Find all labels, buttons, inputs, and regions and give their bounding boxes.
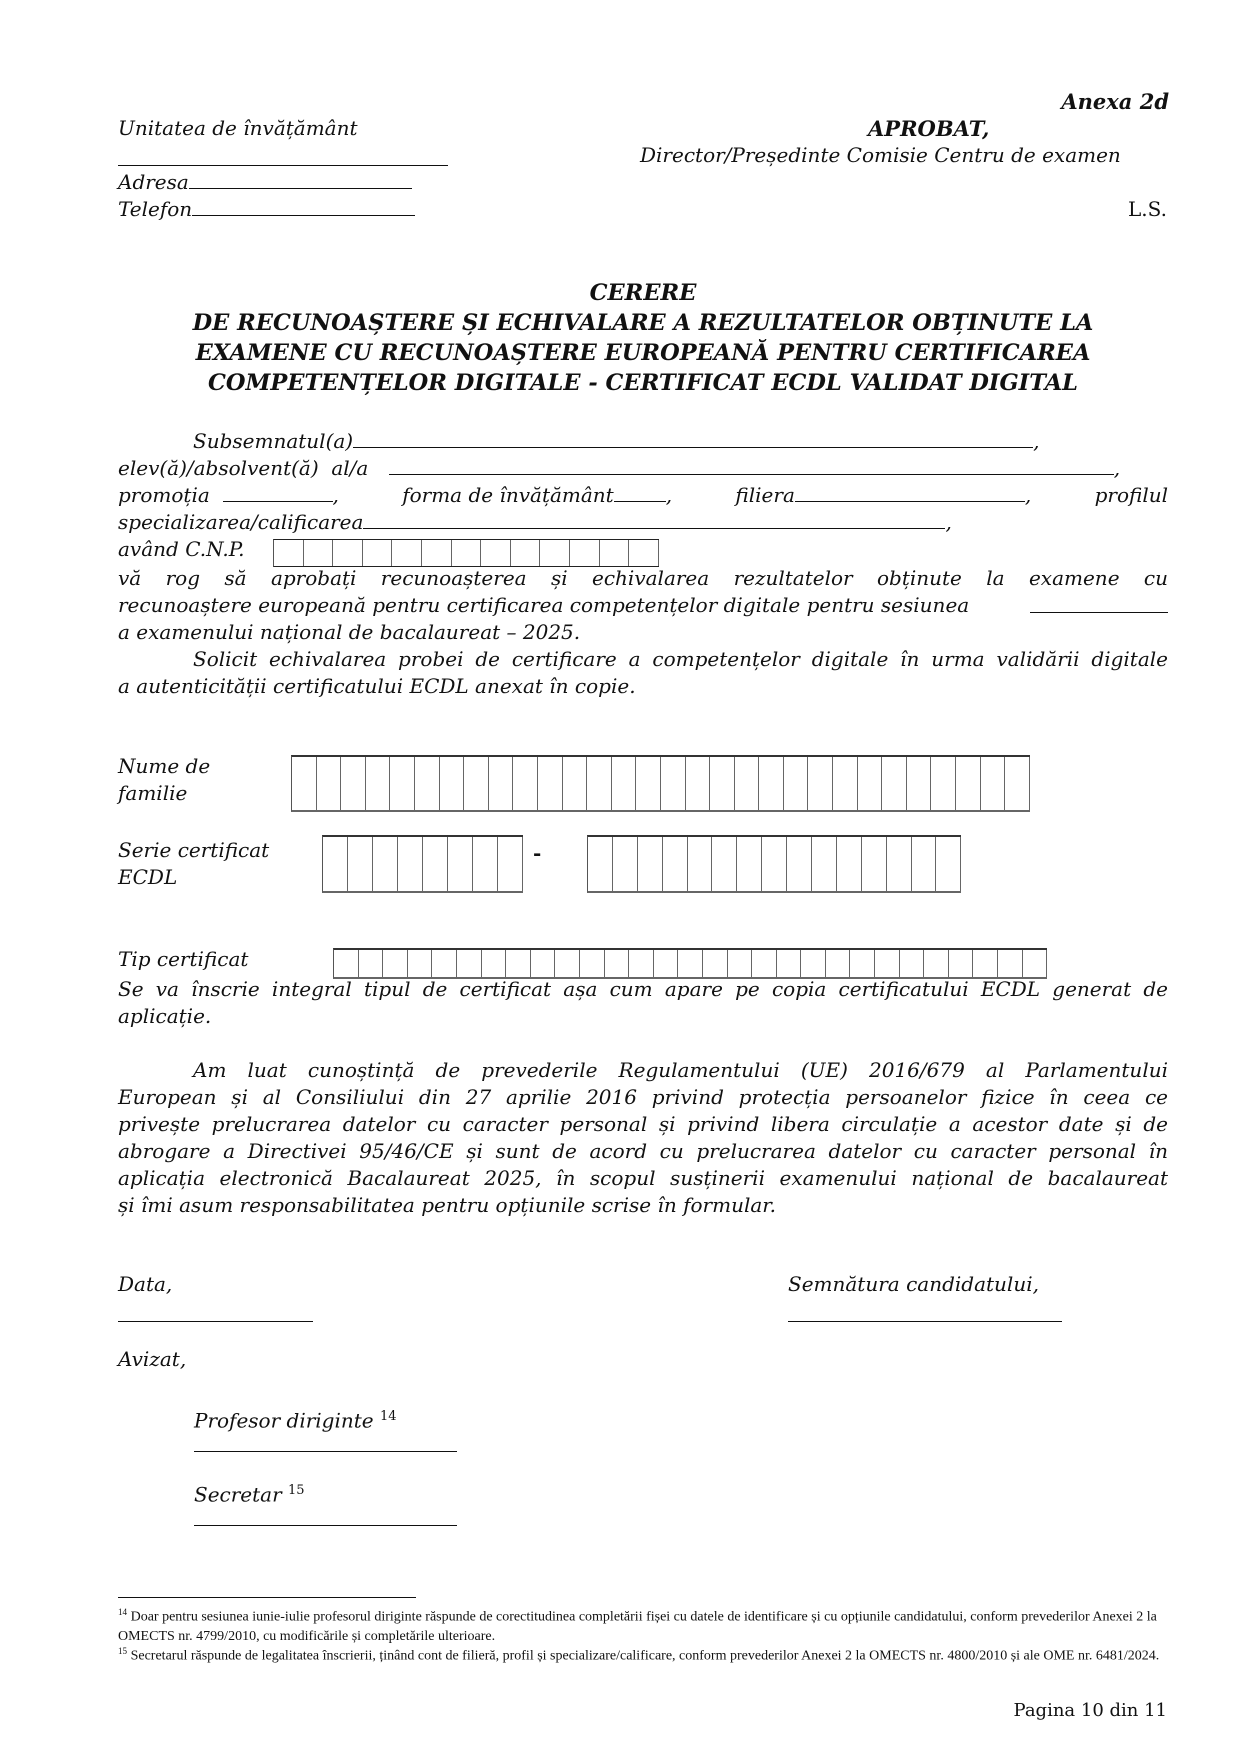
undersigned-name-field[interactable] [353, 428, 1033, 448]
char-box[interactable] [712, 837, 737, 891]
char-box[interactable] [638, 837, 663, 891]
char-box[interactable] [686, 757, 711, 810]
char-box[interactable] [398, 837, 423, 891]
cert-type-note-line-2: aplicație. [118, 1003, 1168, 1030]
title-line-2: DE RECUNOAȘTERE ȘI ECHIVALARE A REZULTAT… [118, 308, 1168, 338]
char-box[interactable] [605, 950, 630, 977]
char-box[interactable] [392, 540, 422, 566]
education-form-label: forma de învățământ [402, 483, 614, 507]
char-box[interactable] [636, 757, 661, 810]
undersigned-label: Subsemnatul(a) [193, 429, 353, 453]
session-field[interactable] [1030, 592, 1168, 613]
char-box[interactable] [629, 540, 659, 566]
family-name-input[interactable] [291, 755, 1030, 812]
char-box[interactable] [752, 950, 777, 977]
consent-line-3: privește prelucrarea datelor cu caracter… [118, 1111, 1168, 1138]
char-box[interactable] [629, 950, 654, 977]
series-separator: - [533, 840, 541, 867]
series-input-left[interactable] [322, 835, 523, 893]
char-box[interactable] [688, 837, 713, 891]
char-box[interactable] [341, 757, 366, 810]
address-field[interactable]: Adresa [118, 169, 412, 196]
char-box[interactable] [440, 757, 465, 810]
char-box[interactable] [452, 540, 482, 566]
char-box[interactable] [587, 757, 612, 810]
track-field[interactable] [795, 482, 1025, 502]
request-line-2-row: recunoaștere europeană pentru certificar… [118, 592, 1168, 619]
phone-field[interactable]: Telefon [118, 196, 415, 223]
title-line-1: CERERE [118, 278, 1168, 308]
char-box[interactable] [498, 837, 523, 891]
char-box[interactable] [580, 950, 605, 977]
secretary-label: Secretar 15 [194, 1477, 305, 1509]
track-label: filiera [735, 483, 794, 507]
school-attended-field[interactable] [389, 455, 1114, 475]
char-box[interactable] [333, 540, 363, 566]
date-label: Data, [118, 1271, 172, 1298]
char-box[interactable] [481, 540, 511, 566]
char-box[interactable] [613, 837, 638, 891]
char-box[interactable] [663, 837, 688, 891]
char-box[interactable] [292, 757, 317, 810]
specialization-field[interactable] [363, 509, 945, 529]
char-box[interactable] [678, 950, 703, 977]
class-year-label: promoția [118, 483, 210, 507]
char-box[interactable] [777, 950, 802, 977]
char-box[interactable] [737, 837, 762, 891]
endorsed-label: Avizat, [118, 1346, 186, 1373]
annex-label: Anexa 2d [1061, 88, 1169, 115]
char-box[interactable] [415, 757, 440, 810]
char-box[interactable] [862, 837, 887, 891]
char-box[interactable] [882, 757, 907, 810]
date-field[interactable] [118, 1321, 313, 1322]
char-box[interactable] [612, 757, 637, 810]
homeroom-teacher-text: Profesor diriginte [194, 1409, 374, 1433]
title-line-3: EXAMENE CU RECUNOAȘTERE EUROPEANĂ PENTRU… [118, 338, 1168, 368]
char-box[interactable] [464, 757, 489, 810]
char-box[interactable] [936, 837, 961, 891]
char-box[interactable] [432, 950, 457, 977]
char-box[interactable] [801, 950, 826, 977]
char-box[interactable] [563, 757, 588, 810]
seal-label: L.S. [1128, 196, 1167, 223]
char-box[interactable] [661, 757, 686, 810]
cnp-input[interactable] [273, 539, 659, 567]
page-number: Pagina 10 din 11 [1014, 1699, 1167, 1723]
char-box[interactable] [317, 757, 342, 810]
approver-role: Director/Președinte Comisie Centru de ex… [640, 142, 1121, 169]
student-row: elev(ă)/absolvent(ă) al/a , [118, 455, 1168, 482]
title-line-4: COMPETENȚELOR DIGITALE - CERTIFICAT ECDL… [118, 368, 1168, 398]
request-line-3: a examenului național de bacalaureat – 2… [118, 619, 1168, 646]
char-box[interactable] [588, 837, 613, 891]
char-box[interactable] [762, 837, 787, 891]
char-box[interactable] [334, 950, 359, 977]
char-box[interactable] [998, 950, 1023, 977]
specialization-label: specializarea/calificarea [118, 510, 363, 534]
char-box[interactable] [359, 950, 384, 977]
char-box[interactable] [600, 540, 630, 566]
footnote-separator [118, 1597, 416, 1598]
char-box[interactable] [473, 837, 498, 891]
char-box[interactable] [710, 757, 735, 810]
char-box[interactable] [383, 950, 408, 977]
char-box[interactable] [900, 950, 925, 977]
char-box[interactable] [759, 757, 784, 810]
request-line-2: recunoaștere europeană pentru certificar… [118, 592, 969, 619]
phone-blank[interactable] [192, 196, 415, 216]
footnote-14-text: Doar pentru sesiunea iunie-iulie profeso… [118, 1610, 1157, 1644]
address-label: Adresa [118, 170, 189, 194]
char-box[interactable] [373, 837, 398, 891]
footnote-15-text: Secretarul răspunde de legalitatea înscr… [131, 1649, 1160, 1664]
footnote-15-mark: 15 [118, 1646, 127, 1656]
cnp-label: având C.N.P. [118, 537, 244, 561]
char-box[interactable] [981, 757, 1006, 810]
candidate-signature-field[interactable] [788, 1321, 1062, 1322]
char-box[interactable] [837, 837, 862, 891]
char-box[interactable] [1005, 757, 1030, 810]
char-box[interactable] [422, 540, 452, 566]
char-box[interactable] [540, 540, 570, 566]
cert-type-note-line-1: Se va înscrie integral tipul de certific… [118, 976, 1168, 1003]
char-box[interactable] [366, 757, 391, 810]
char-box[interactable] [887, 837, 912, 891]
undersigned-row: Subsemnatul(a), [118, 428, 1039, 455]
char-box[interactable] [448, 837, 473, 891]
char-box[interactable] [912, 837, 937, 891]
char-box[interactable] [907, 757, 932, 810]
char-box[interactable] [858, 757, 883, 810]
char-box[interactable] [703, 950, 728, 977]
char-box[interactable] [973, 950, 998, 977]
char-box[interactable] [654, 950, 679, 977]
secretary-signature-field[interactable] [194, 1525, 457, 1526]
char-box[interactable] [787, 837, 812, 891]
char-box[interactable] [323, 837, 348, 891]
char-box[interactable] [784, 757, 809, 810]
char-box[interactable] [506, 950, 531, 977]
consent-line-4: abrogare a Directivei 95/46/CE și sunt d… [118, 1138, 1168, 1165]
homeroom-teacher-signature-field[interactable] [194, 1451, 457, 1452]
char-box[interactable] [513, 757, 538, 810]
solicit-line-2: a autenticității certificatului ECDL ane… [118, 673, 1168, 700]
footnote-ref-15[interactable]: 15 [288, 1483, 305, 1498]
education-form-field[interactable] [614, 482, 666, 502]
char-box[interactable] [850, 950, 875, 977]
class-year-field[interactable] [223, 482, 333, 502]
phone-label: Telefon [118, 197, 192, 221]
cert-type-input[interactable] [333, 948, 1047, 979]
char-box[interactable] [735, 757, 760, 810]
char-box[interactable] [538, 757, 563, 810]
char-box[interactable] [457, 950, 482, 977]
char-box[interactable] [812, 837, 837, 891]
address-blank[interactable] [189, 169, 412, 189]
char-box[interactable] [304, 540, 334, 566]
footnote-15: 15 Secretarul răspunde de legalitatea în… [118, 1642, 1168, 1666]
consent-line-2: European și al Consiliului din 27 aprili… [118, 1084, 1168, 1111]
char-box[interactable] [931, 757, 956, 810]
school-label: Unitatea de învățământ [118, 115, 358, 142]
candidate-signature-label: Semnătura candidatului, [788, 1271, 1039, 1298]
profile-label: profilul [1095, 482, 1168, 509]
footnote-14: 14 Doar pentru sesiunea iunie-iulie prof… [118, 1603, 1168, 1646]
char-box[interactable] [875, 950, 900, 977]
char-box[interactable] [511, 540, 541, 566]
solicit-line-1: Solicit echivalarea probei de certificar… [118, 646, 1168, 673]
char-box[interactable] [826, 950, 851, 977]
homeroom-teacher-label: Profesor diriginte 14 [194, 1403, 397, 1435]
char-box[interactable] [408, 950, 433, 977]
footnote-14-mark: 14 [118, 1607, 127, 1617]
class-row: promoția , forma de învățământ, filiera,… [118, 482, 1168, 509]
char-box[interactable] [808, 757, 833, 810]
char-box[interactable] [956, 757, 981, 810]
school-name-field[interactable] [118, 165, 448, 166]
char-box[interactable] [555, 950, 580, 977]
specialization-row: specializarea/calificarea, [118, 509, 1168, 536]
consent-line-5: aplicația electronică Bacalaureat 2025, … [118, 1165, 1168, 1192]
char-box[interactable] [924, 950, 949, 977]
series-input-right[interactable] [587, 835, 961, 893]
char-box[interactable] [728, 950, 753, 977]
footnote-ref-14[interactable]: 14 [380, 1409, 397, 1424]
char-box[interactable] [531, 950, 556, 977]
char-box[interactable] [348, 837, 373, 891]
secretary-text: Secretar [194, 1483, 282, 1507]
consent-line-6: și îmi asum responsabilitatea pentru opț… [118, 1192, 1168, 1219]
student-label: elev(ă)/absolvent(ă) al/a [118, 456, 368, 480]
char-box[interactable] [482, 950, 507, 977]
approved-label: APROBAT, [868, 115, 989, 142]
char-box[interactable] [423, 837, 448, 891]
char-box[interactable] [363, 540, 393, 566]
char-box[interactable] [1023, 950, 1048, 977]
consent-line-1: Am luat cunoștință de prevederile Regula… [118, 1057, 1168, 1084]
request-line-1: vă rog să aprobați recunoașterea și echi… [118, 565, 1168, 592]
char-box[interactable] [489, 757, 514, 810]
char-box[interactable] [833, 757, 858, 810]
char-box[interactable] [390, 757, 415, 810]
char-box[interactable] [274, 540, 304, 566]
char-box[interactable] [570, 540, 600, 566]
char-box[interactable] [949, 950, 974, 977]
